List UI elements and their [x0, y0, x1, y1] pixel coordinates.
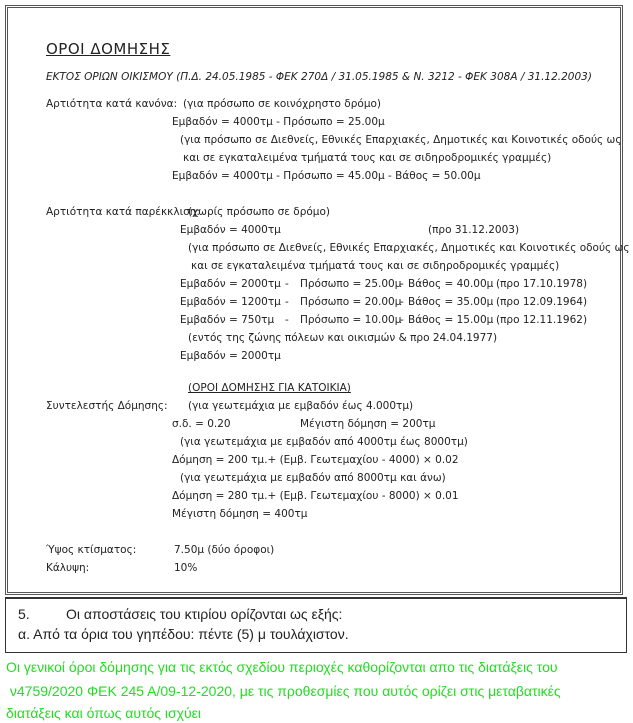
coverage-label: Κάλυψη: [46, 562, 89, 574]
row-sep: - [285, 296, 289, 308]
housing-line: (για γεωτεμάχια με εμβαδόν από 8000τμ κα… [180, 472, 446, 484]
distances-item-a: α. Από τα όρια του γηπέδου: πέντε (5) μ … [18, 626, 349, 642]
distances-heading: 5.Οι αποστάσεις του κτιρίου ορίζονται ως… [18, 606, 342, 622]
row-depth: Βάθος = 40.00μ [408, 278, 493, 290]
row-depth-prefix: - [400, 296, 404, 308]
row-front: Πρόσωπο = 25.00μ [300, 278, 401, 290]
general-terms-note-line: ν4759/2020 ΦΕΚ 245 Α/09-12-2020, με τις … [6, 683, 561, 699]
zone-area: Εμβαδόν = 2000τμ [180, 350, 281, 362]
housing-line: (για γεωτεμάχια με εμβαδόν έως 4.000τμ) [188, 400, 413, 412]
general-terms-note-line: Οι γενικοί όροι δόμησης για τις εκτός σχ… [6, 659, 558, 675]
exception-section-label: Αρτιότητα κατά παρέκκλιση: [46, 206, 200, 218]
row-depth-prefix: - [400, 314, 404, 326]
housing-line: Δόμηση = 280 τμ.+ (Εμβ. Γεωτεμαχίου - 80… [172, 490, 459, 502]
rule-line: και σε εγκαταλειμένα τμήματά τους και σε… [183, 152, 551, 164]
row-sep: - [285, 314, 289, 326]
rule-line: Εμβαδόν = 4000τμ - Πρόσωπο = 25.00μ [172, 116, 385, 128]
row-depth: Βάθος = 15.00μ [408, 314, 493, 326]
row-date: (προ 12.11.1962) [496, 314, 587, 326]
exception-header: (χωρίς πρόσωπο σε δρόμο) [188, 206, 330, 218]
row-date: (προ 17.10.1978) [496, 278, 587, 290]
document-subtitle: ΕΚΤΟΣ ΟΡΙΩΝ ΟΙΚΙΣΜΟΥ (Π.Δ. 24.05.1985 - … [46, 71, 592, 83]
row-sep: - [285, 278, 289, 290]
row-date: (προ 12.09.1964) [496, 296, 587, 308]
row-area: Εμβαδόν = 1200τμ [180, 296, 281, 308]
exception-note: και σε εγκαταλειμένα τμήματά τους και σε… [191, 260, 559, 272]
row-depth: Βάθος = 35.00μ [408, 296, 493, 308]
rule-line: Εμβαδόν = 4000τμ - Πρόσωπο = 45.00μ - Βά… [172, 170, 481, 182]
distances-heading-text: Οι αποστάσεις του κτιρίου ορίζονται ως ε… [66, 606, 342, 622]
row-front: Πρόσωπο = 10.00μ [300, 314, 401, 326]
exception-area: Εμβαδόν = 4000τμ [180, 224, 281, 236]
coverage-value: 10% [174, 562, 197, 574]
rule-line: (για πρόσωπο σε Διεθνείς, Εθνικές Επαρχι… [180, 134, 622, 146]
housing-line: Μέγιστη δόμηση = 200τμ [300, 418, 435, 430]
housing-line: σ.δ. = 0.20 [172, 418, 231, 430]
rule-line: (για πρόσωπο σε κοινόχρηστο δρόμο) [183, 98, 381, 110]
zone-note: (εντός της ζώνης πόλεων και οικισμών & π… [188, 332, 497, 344]
exception-area-date: (προ 31.12.2003) [428, 224, 519, 236]
distances-box: 5.Οι αποστάσεις του κτιρίου ορίζονται ως… [5, 597, 627, 653]
housing-line: Δόμηση = 200 τμ.+ (Εμβ. Γεωτεμαχίου - 40… [172, 454, 459, 466]
item-number: 5. [18, 606, 66, 622]
height-value: 7.50μ (δύο όροφοι) [174, 544, 274, 556]
rule-section-label: Αρτιότητα κατά κανόνα: [46, 98, 177, 110]
housing-heading: (ΟΡΟΙ ΔΟΜΗΣΗΣ ΓΙΑ ΚΑΤΟΙΚΙΑ) [188, 382, 351, 394]
exception-note: (για πρόσωπο σε Διεθνείς, Εθνικές Επαρχι… [188, 242, 630, 254]
housing-line: (για γεωτεμάχια με εμβαδόν από 4000τμ έω… [180, 436, 468, 448]
height-label: Ύψος κτίσματος: [46, 544, 136, 556]
row-depth-prefix: - [400, 278, 404, 290]
general-terms-note-line: διατάξεις και όπως αυτός ισχύει [6, 705, 201, 721]
row-area: Εμβαδόν = 750τμ [180, 314, 274, 326]
housing-line: Μέγιστη δόμηση = 400τμ [172, 508, 307, 520]
housing-label: Συντελεστής Δόμησης: [46, 400, 168, 412]
row-front: Πρόσωπο = 20.00μ [300, 296, 401, 308]
document-title: ΟΡΟΙ ΔΟΜΗΣΗΣ [46, 40, 170, 58]
row-area: Εμβαδόν = 2000τμ [180, 278, 281, 290]
